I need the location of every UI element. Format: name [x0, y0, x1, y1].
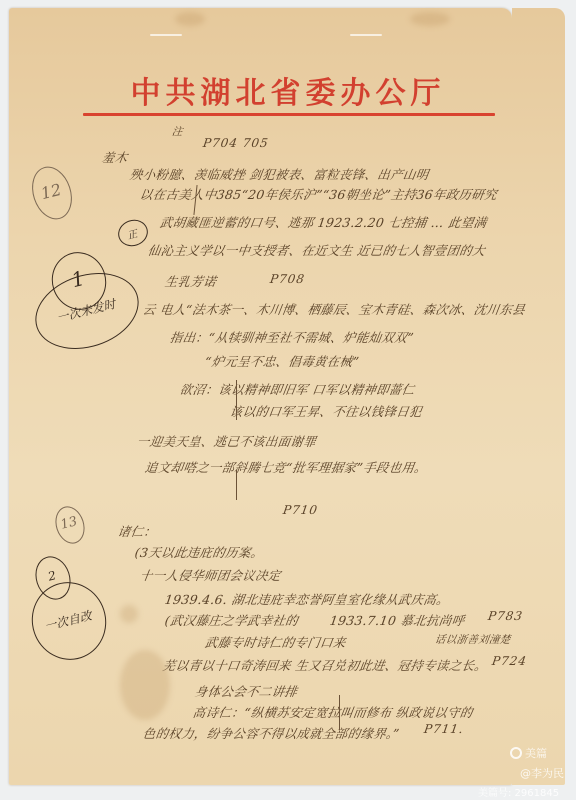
manuscript-line: 话以浙善刘潼楚 [434, 632, 512, 647]
manuscript-line: 十一人侵华师团会议决定 [139, 566, 282, 584]
manuscript-line: 以在古美人中385“20年侯乐沪”“36朝坐论”主持36年政历研究 [139, 185, 499, 203]
manuscript-line: 追文却嗒之一部斜腾七竞“批军理据家”手段也用。 [144, 458, 429, 476]
manuscript-line: P783 [487, 609, 524, 623]
manuscript-line: 诸仁： [117, 522, 158, 540]
pen-stroke [339, 695, 340, 730]
manuscript-line: 芜以青以十口奇涛回来 生又召兑初此进、冠持专读之长。 [162, 656, 489, 674]
pen-stroke [236, 470, 237, 500]
manuscript-line: P724 [491, 654, 528, 668]
letterhead-title: 中共湖北省委办公厅 [0, 68, 576, 112]
pen-stroke [236, 380, 237, 420]
manuscript-line: 武藤专时诗仁的专门口来 [204, 633, 347, 651]
staple-mark [350, 34, 382, 36]
manuscript-line: 武胡藏匪逆蓄的口号、逃那 1923.2.20 七控捕 … 此望满 [159, 213, 488, 231]
manuscript-line: P708 [269, 272, 306, 286]
manuscript-line: P710 [282, 503, 319, 517]
manuscript-line: 该以的口军王昇、不往以钱锋日犯 [229, 402, 424, 420]
manuscript-line: 欲沼：该以精神即旧军 口军以精神即蔷仁 [179, 380, 416, 398]
manuscript-line: 1933.7.10 慕北抗尚呼 [329, 611, 466, 629]
paper-stain [175, 12, 205, 26]
letterhead-rule [83, 113, 495, 116]
manuscript-line: 一迎美天皇、逃已不该出面谢罪 [136, 432, 318, 450]
document-paper-edge [512, 8, 565, 785]
manuscript-line: 高诗仁：“纵横苏安定宽拉叫而修布 纵政说以守的 [192, 703, 474, 721]
manuscript-line: 身体公会不二讲排 [194, 682, 299, 700]
paper-stain [120, 605, 138, 623]
manuscript-line: 殃小粉臆、羡临威挫 剑犯被表、富粒丧锋、出产山明 [129, 165, 430, 183]
paper-stain [410, 12, 450, 26]
manuscript-line: P704 705 [202, 136, 270, 150]
manuscript-line: 云 电人“法木茶一、木川博、栖藤辰、宝木青硅、森次冰、沈川东县 [142, 300, 527, 318]
staple-mark [150, 34, 182, 36]
manuscript-line: 指出：“从犊驯神至社不需城、炉能灿双双” [169, 328, 415, 346]
manuscript-line: (3天以此违庇的历案。 [134, 543, 265, 561]
manuscript-line: 生乳芳诺 [164, 272, 218, 290]
manuscript-line: 色的权力，纷争公容不得以成就全部的缘界。” [142, 724, 401, 742]
manuscript-line: “炉元呈不忠、倡毒黄在械” [204, 352, 361, 370]
watermark-user: @李为民 [520, 765, 564, 781]
manuscript-line: 羞木 [101, 148, 129, 166]
watermark-id: 美篇号: 2961845 [478, 784, 559, 799]
watermark-brand: 美篇 [510, 745, 547, 761]
manuscript-line: (武汉藤庄之学武幸社的 [164, 611, 300, 629]
manuscript-line: 注 [171, 124, 184, 139]
manuscript-line: 仙沁主义学以一中支授者、在近文生 近已的七人智壹团的大 [147, 241, 487, 259]
manuscript-line: 1939.4.6. 湖北违庇幸恋誉阿皇室化缘从武庆高。 [164, 590, 451, 608]
manuscript-line: P711. [423, 722, 465, 736]
meipian-logo-icon [510, 747, 522, 759]
